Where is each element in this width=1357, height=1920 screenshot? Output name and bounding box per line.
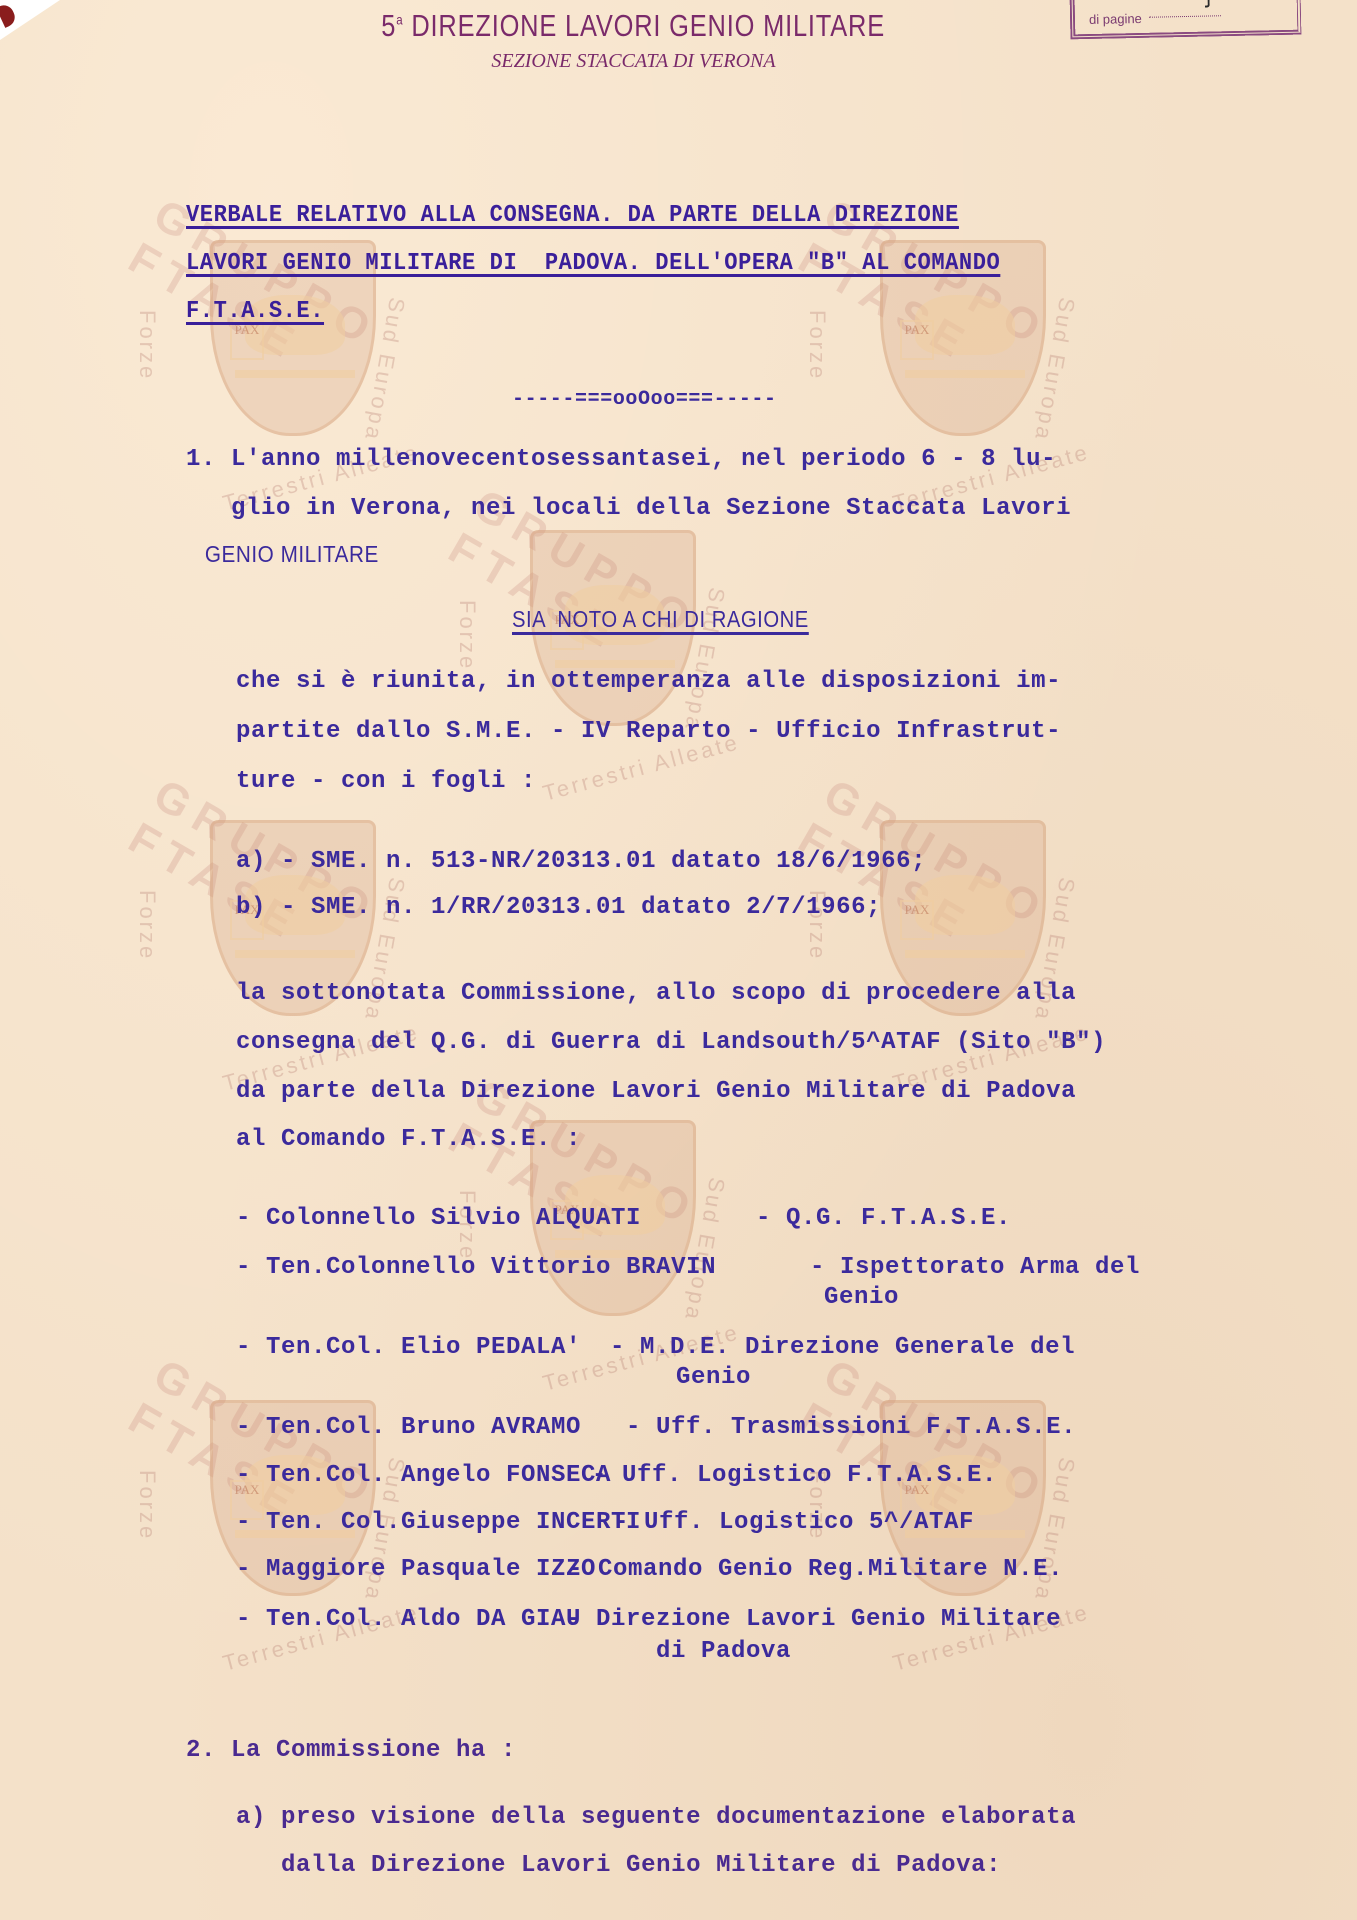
member-name: - Ten. Col.Giuseppe INCERTI (236, 1509, 641, 1536)
paragraph-2-line: che si è riunita, in ottemperanza alle d… (236, 668, 1061, 695)
paragraph-4-item: a) preso visione della seguente document… (236, 1804, 1076, 1831)
paragraph-3-line: la sottonotata Commissione, allo scopo d… (236, 980, 1076, 1007)
paragraph-4-item: dalla Direzione Lavori Genio Militare di… (236, 1852, 1001, 1879)
paragraph-2-line: partite dallo S.M.E. - IV Reparto - Uffi… (236, 718, 1061, 745)
member-office: - Direzione Lavori Genio Militare (566, 1606, 1061, 1633)
page-count-label: di pagine (1089, 11, 1142, 27)
page-count-field (1149, 15, 1221, 18)
watermark-shield-icon: GRUPPO FTASE PAX Forze Terrestri Alleate… (470, 490, 770, 910)
member-office-cont: Genio (676, 1364, 751, 1391)
member-office: - Ispettorato Arma del (810, 1254, 1140, 1281)
paragraph-2-line: ture - con i fogli : (236, 768, 536, 795)
separator: -----===ooOoo===----- (512, 388, 777, 411)
member-name: - Ten.Col. Bruno AVRAMO (236, 1414, 581, 1441)
member-name: - Ten.Col. Aldo DA GIAU (236, 1606, 581, 1633)
paragraph-1-line: 1. L'anno millenovecentosessantasei, nel… (186, 446, 1056, 473)
document-title-line: F.T.A.S.E. (186, 298, 324, 325)
member-office: - Q.G. F.T.A.S.E. (756, 1205, 1011, 1232)
member-office: - Uff. Logistico F.T.A.S.E. (592, 1462, 997, 1489)
member-office: - M.D.E. Direzione Generale del (610, 1334, 1075, 1361)
paragraph-3-line: consegna del Q.G. di Guerra di Landsouth… (236, 1029, 1106, 1056)
member-name: - Maggiore Pasquale IZZO (236, 1556, 596, 1583)
document-title-line: LAVORI GENIO MILITARE DI PADOVA. DELL'OP… (186, 250, 1000, 277)
member-name: - Ten.Col. Angelo FONSECA (236, 1462, 611, 1489)
paragraph-1-line: glio in Verona, nei locali della Sezione… (186, 495, 1071, 522)
letterhead-subtitle: SEZIONE STACCATA DI VERONA (0, 50, 1357, 73)
paragraph-3-line: al Comando F.T.A.S.E. : (236, 1126, 581, 1153)
member-office-cont: Genio (824, 1284, 899, 1311)
handwritten-mark (1205, 0, 1210, 8)
paragraph-3-line: da parte della Direzione Lavori Genio Mi… (236, 1078, 1076, 1105)
reference-item: b) - SME. n. 1/RR/20313.01 datato 2/7/19… (236, 894, 881, 921)
member-office-cont: di Padova (656, 1638, 791, 1665)
document-title-line: VERBALE RELATIVO ALLA CONSEGNA. DA PARTE… (186, 202, 959, 229)
member-office: - Comando Genio Reg.Militare N.E. (568, 1556, 1063, 1583)
member-name: - Ten.Colonnello Vittorio BRAVIN (236, 1254, 716, 1281)
member-name: - Ten.Col. Elio PEDALA' (236, 1334, 581, 1361)
notice-heading: SIA NOTO A CHI DI RAGIONE (512, 606, 809, 633)
paragraph-1-line: GENIO MILITARE (186, 541, 379, 568)
letterhead-title: 5a DIREZIONE LAVORI GENIO MILITARE (382, 8, 886, 44)
member-name: - Colonnello Silvio ALQUATI (236, 1205, 641, 1232)
member-office: - Uff. Logistico 5^/ATAF (614, 1509, 974, 1536)
paragraph-4-heading: 2. La Commissione ha : (186, 1737, 516, 1764)
document-page: GRUPPO FTASE PAX Forze Terrestri Alleate… (0, 0, 1357, 1920)
reference-item: a) - SME. n. 513-NR/20313.01 datato 18/6… (236, 848, 926, 875)
member-office: - Uff. Trasmissioni F.T.A.S.E. (626, 1414, 1076, 1441)
page-count-box: di pagine (1070, 0, 1302, 39)
